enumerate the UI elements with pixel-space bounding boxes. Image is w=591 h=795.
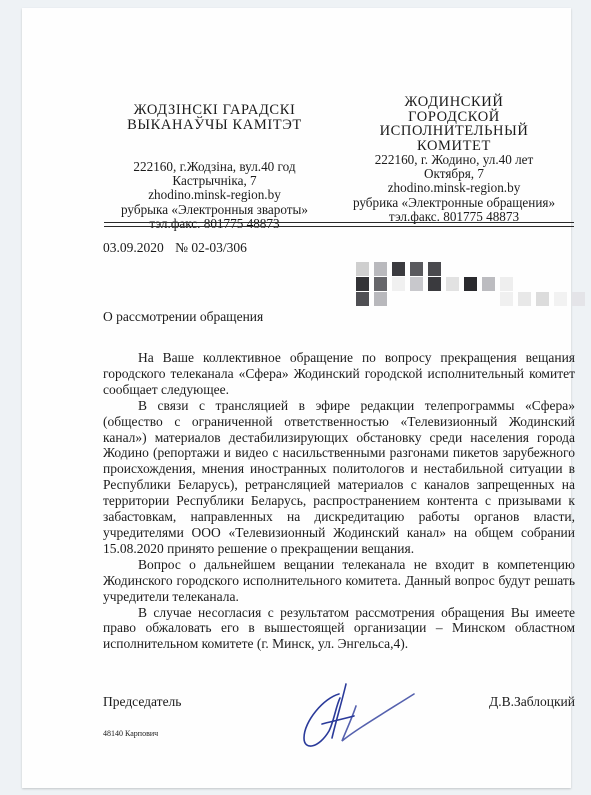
redacted-recipient xyxy=(356,262,591,312)
rubric: рубрика «Электронные обращения» xyxy=(334,196,574,210)
address-be: 222160, г.Жодзіна, вул.40 год Кастрычнік… xyxy=(92,160,337,231)
redaction-pixel xyxy=(518,292,531,306)
redaction-pixel xyxy=(428,262,441,276)
letter-body: На Ваше коллективное обращение по вопрос… xyxy=(103,350,575,652)
address-line: Октября, 7 xyxy=(334,167,574,181)
letter-date-number: 03.09.2020 № 02-03/306 xyxy=(103,240,247,256)
redaction-pixel xyxy=(374,292,387,306)
signer-name: Д.В.Заблоцкий xyxy=(489,694,575,710)
redaction-pixel xyxy=(410,262,423,276)
redaction-pixel xyxy=(374,277,387,291)
paragraph: Вопрос о дальнейшем вещании телеканала н… xyxy=(103,557,575,605)
document-page: ЖОДЗІНСКІ ГАРАДСКІ ВЫКАНАЎЧЫ КАМІТЭТ 222… xyxy=(22,8,571,788)
letter-date: 03.09.2020 xyxy=(103,240,164,255)
redaction-pixel xyxy=(356,277,369,291)
redaction-pixel xyxy=(464,277,477,291)
paragraph: В связи с трансляцией в эфире редакции т… xyxy=(103,398,575,557)
executor-note: 48140 Карпович xyxy=(103,729,158,738)
paragraph: В случае несогласия с результатом рассмо… xyxy=(103,605,575,653)
redaction-pixel xyxy=(500,277,513,291)
redaction-pixel xyxy=(446,277,459,291)
redaction-pixel xyxy=(536,292,549,306)
signer-title: Председатель xyxy=(103,694,181,710)
redaction-pixel xyxy=(428,277,441,291)
redaction-pixel xyxy=(410,277,423,291)
paragraph: На Ваше коллективное обращение по вопрос… xyxy=(103,350,575,398)
address-line: 222160, г. Жодино, ул.40 лет xyxy=(334,153,574,167)
org-line: КОМИТЕТ xyxy=(334,139,574,154)
header-divider xyxy=(104,222,574,227)
redaction-pixel xyxy=(572,292,585,306)
address-ru: 222160, г. Жодино, ул.40 лет Октября, 7 … xyxy=(334,153,574,224)
header-russian: ЖОДИНСКИЙ ГОРОДСКОЙ ИСПОЛНИТЕЛЬНЫЙ КОМИТ… xyxy=(334,8,574,224)
rubric: рубрыка «Электронныя звароты» xyxy=(92,203,337,217)
org-line: ГОРОДСКОЙ xyxy=(334,110,574,125)
org-line: ИСПОЛНИТЕЛЬНЫЙ xyxy=(334,124,574,139)
org-line: ЖОДИНСКИЙ xyxy=(334,95,574,110)
redaction-pixel xyxy=(356,292,369,306)
redaction-pixel xyxy=(482,277,495,291)
redaction-pixel xyxy=(374,262,387,276)
handwritten-signature-icon xyxy=(284,676,424,756)
org-name-be: ЖОДЗІНСКІ ГАРАДСКІ ВЫКАНАЎЧЫ КАМІТЭТ xyxy=(92,103,337,132)
redaction-pixel xyxy=(554,292,567,306)
redaction-pixel xyxy=(356,262,369,276)
org-name-ru: ЖОДИНСКИЙ ГОРОДСКОЙ ИСПОЛНИТЕЛЬНЫЙ КОМИТ… xyxy=(334,95,574,153)
org-line: ВЫКАНАЎЧЫ КАМІТЭТ xyxy=(92,118,337,133)
redaction-pixel xyxy=(500,292,513,306)
org-line: ЖОДЗІНСКІ ГАРАДСКІ xyxy=(92,103,337,118)
address-line: 222160, г.Жодзіна, вул.40 год xyxy=(92,160,337,174)
redaction-pixel xyxy=(392,262,405,276)
redaction-pixel xyxy=(392,277,405,291)
letter-number: № 02-03/306 xyxy=(175,240,247,255)
website: zhodino.minsk-region.by xyxy=(334,181,574,195)
website: zhodino.minsk-region.by xyxy=(92,188,337,202)
letter-subject: О рассмотрении обращения xyxy=(103,309,263,325)
address-line: Кастрычніка, 7 xyxy=(92,174,337,188)
header-belarusian: ЖОДЗІНСКІ ГАРАДСКІ ВЫКАНАЎЧЫ КАМІТЭТ 222… xyxy=(92,8,337,231)
